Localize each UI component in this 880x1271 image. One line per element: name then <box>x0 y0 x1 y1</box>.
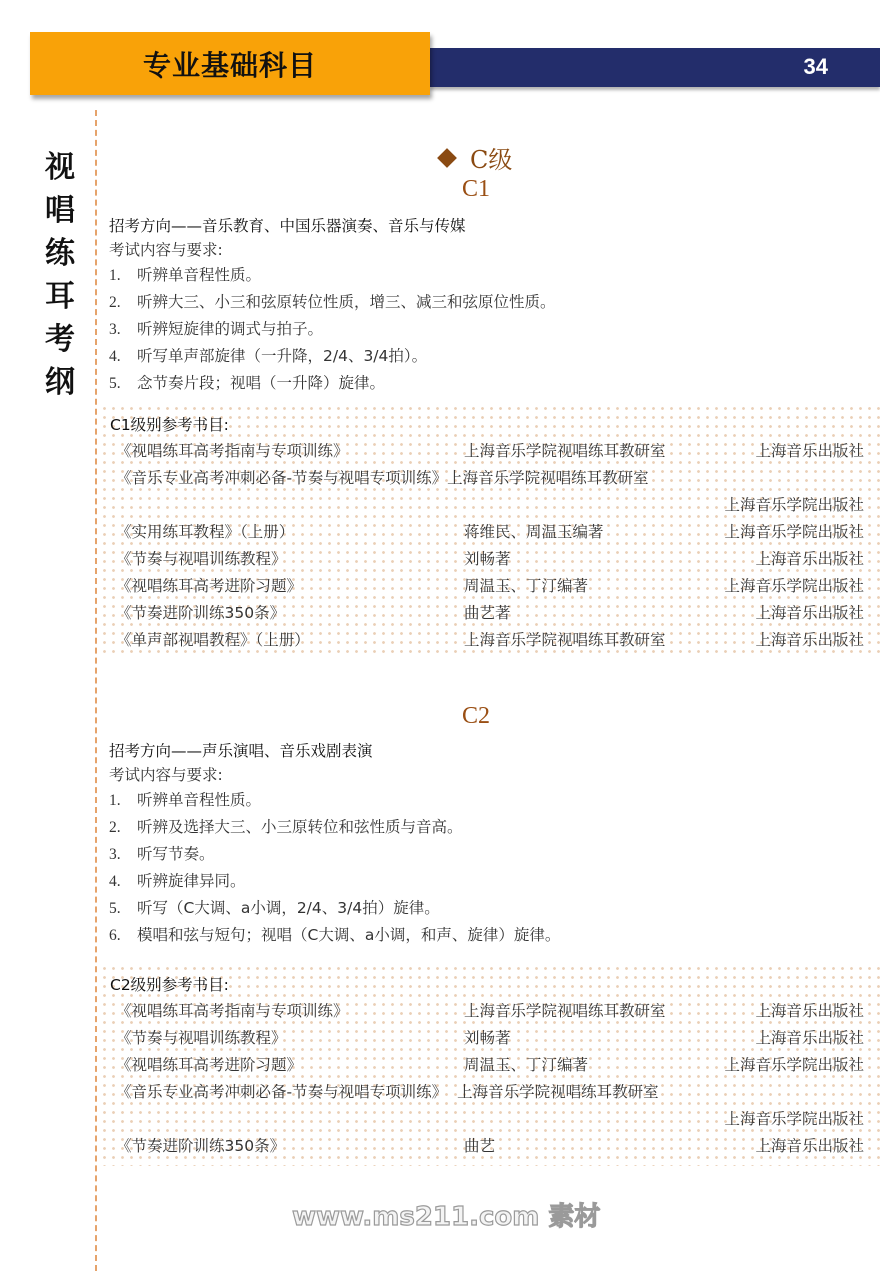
requirement-item: 3.听写节奏。 <box>109 841 560 868</box>
section-banner: 专业基础科目 <box>30 32 430 95</box>
reference-row-continued: 上海音乐学院出版社 <box>110 492 864 519</box>
reference-row-continued: 上海音乐学院出版社 <box>110 1106 864 1133</box>
side-title-char: 唱 <box>45 189 75 232</box>
requirement-item: 1.听辨单音程性质。 <box>109 787 560 814</box>
c2-section: 招考方向——声乐演唱、音乐戏剧表演 考试内容与要求: 1.听辨单音程性质。 2.… <box>109 739 560 949</box>
reference-row: 《节奏进阶训练350条》曲艺上海音乐出版社 <box>110 1133 864 1160</box>
reference-row: 《视唱练耳高考进阶习题》周温玉、丁汀编著上海音乐学院出版社 <box>110 573 864 600</box>
watermark: www.ms211.com 素材 <box>292 1196 600 1233</box>
reference-row: 《节奏进阶训练350条》曲艺著上海音乐出版社 <box>110 600 864 627</box>
side-title: 视 唱 练 耳 考 纲 <box>38 146 82 404</box>
c2-heading: C2 <box>416 703 536 730</box>
c1-direction: 招考方向——音乐教育、中国乐器演奏、音乐与传媒 <box>109 214 556 238</box>
dashed-divider <box>95 110 97 1271</box>
c2-references-title: C2级别参考书目: <box>110 972 864 998</box>
side-title-char: 视 <box>45 146 75 189</box>
c1-requirements-label: 考试内容与要求: <box>109 238 556 262</box>
reference-row: 《节奏与视唱训练教程》刘畅著上海音乐出版社 <box>110 546 864 573</box>
requirement-item: 2.听辨大三、小三和弦原转位性质，增三、减三和弦原位性质。 <box>109 289 556 316</box>
reference-row: 《视唱练耳高考指南与专项训练》上海音乐学院视唱练耳教研室上海音乐出版社 <box>110 998 864 1025</box>
reference-row: 《实用练耳教程》（上册）蒋维民、周温玉编著上海音乐学院出版社 <box>110 519 864 546</box>
c1-section: 招考方向——音乐教育、中国乐器演奏、音乐与传媒 考试内容与要求: 1.听辨单音程… <box>109 214 556 397</box>
side-title-char: 练 <box>45 232 75 275</box>
c1-references-panel: C1级别参考书目: 《视唱练耳高考指南与专项训练》上海音乐学院视唱练耳教研室上海… <box>100 404 880 656</box>
diamond-icon <box>437 148 457 168</box>
requirement-item: 2.听辨及选择大三、小三原转位和弦性质与音高。 <box>109 814 560 841</box>
c2-direction: 招考方向——声乐演唱、音乐戏剧表演 <box>109 739 560 763</box>
reference-row: 《音乐专业高考冲刺必备-节奏与视唱专项训练》上海音乐学院视唱练耳教研室 <box>110 1079 864 1106</box>
c1-references-title: C1级别参考书目: <box>110 412 864 438</box>
c2-requirements-label: 考试内容与要求: <box>109 763 560 787</box>
reference-row: 《单声部视唱教程》（上册）上海音乐学院视唱练耳教研室上海音乐出版社 <box>110 627 864 654</box>
side-title-char: 耳 <box>45 275 75 318</box>
level-heading: C级 <box>440 140 512 175</box>
requirement-item: 4.听辨旋律异同。 <box>109 868 560 895</box>
requirement-item: 5.念节奏片段；视唱（一升降）旋律。 <box>109 370 556 397</box>
side-title-char: 考 <box>45 318 75 361</box>
c2-requirements-list: 1.听辨单音程性质。 2.听辨及选择大三、小三原转位和弦性质与音高。 3.听写节… <box>109 787 560 949</box>
c2-references-panel: C2级别参考书目: 《视唱练耳高考指南与专项训练》上海音乐学院视唱练耳教研室上海… <box>100 964 880 1166</box>
c1-requirements-list: 1.听辨单音程性质。 2.听辨大三、小三和弦原转位性质，增三、减三和弦原位性质。… <box>109 262 556 397</box>
requirement-item: 4.听写单声部旋律（一升降，2/4、3/4拍）。 <box>109 343 556 370</box>
c1-heading: C1 <box>416 176 536 203</box>
requirement-item: 6.模唱和弦与短句；视唱（C大调、a小调，和声、旋律）旋律。 <box>109 922 560 949</box>
requirement-item: 1.听辨单音程性质。 <box>109 262 556 289</box>
page-number-bar: 34 <box>430 48 880 87</box>
reference-row: 《音乐专业高考冲刺必备-节奏与视唱专项训练》上海音乐学院视唱练耳教研室 <box>110 465 864 492</box>
requirement-item: 3.听辨短旋律的调式与拍子。 <box>109 316 556 343</box>
reference-row: 《视唱练耳高考进阶习题》周温玉、丁汀编著上海音乐学院出版社 <box>110 1052 864 1079</box>
level-title: C级 <box>470 140 512 175</box>
reference-row: 《节奏与视唱训练教程》刘畅著上海音乐出版社 <box>110 1025 864 1052</box>
reference-row: 《视唱练耳高考指南与专项训练》上海音乐学院视唱练耳教研室上海音乐出版社 <box>110 438 864 465</box>
requirement-item: 5.听写（C大调、a小调，2/4、3/4拍）旋律。 <box>109 895 560 922</box>
page-number: 34 <box>804 54 828 80</box>
section-title: 专业基础科目 <box>143 44 317 84</box>
side-title-char: 纲 <box>45 361 75 404</box>
